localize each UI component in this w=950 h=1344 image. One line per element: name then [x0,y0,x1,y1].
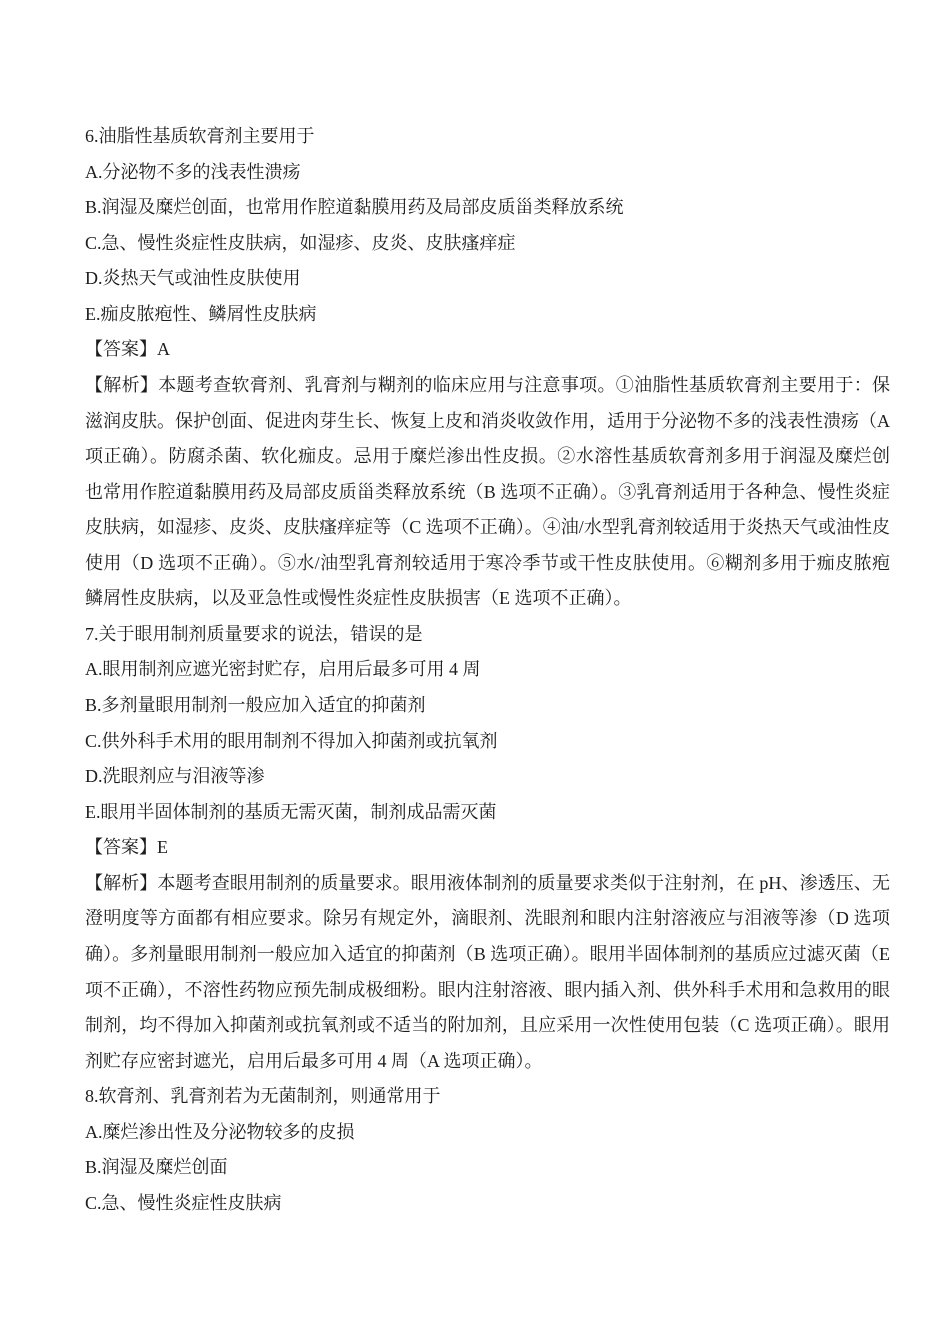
question-6-analysis-line-7: 鳞屑性皮肤病，以及亚急性或慢性炎症性皮肤损害（E 选项不正确）。 [85,581,890,617]
question-6-answer: 【答案】A [85,332,890,368]
question-7-analysis-line-1: 【解析】本题考查眼用制剂的质量要求。眼用液体制剂的质量要求类似于注射剂，在 pH… [85,866,890,902]
question-7-option-e: E.眼用半固体制剂的基质无需灭菌，制剂成品需灭菌 [85,795,890,831]
question-7-analysis-line-4: 项不正确），不溶性药物应预先制成极细粉。眼内注射溶液、眼内插入剂、供外科手术用和… [85,973,890,1009]
question-7-option-a: A.眼用制剂应遮光密封贮存，启用后最多可用 4 周 [85,652,890,688]
question-6-analysis-line-2: 滋润皮肤。保护创面、促进肉芽生长、恢复上皮和消炎收敛作用，适用于分泌物不多的浅表… [85,404,890,440]
question-6-stem: 6.油脂性基质软膏剂主要用于 [85,119,890,155]
question-6-option-b: B.润湿及糜烂创面，也常用作腔道黏膜用药及局部皮质甾类释放系统 [85,190,890,226]
question-7-analysis-line-6: 剂贮存应密封遮光，启用后最多可用 4 周（A 选项正确）。 [85,1044,890,1080]
question-6-option-c: C.急、慢性炎症性皮肤病，如湿疹、皮炎、皮肤瘙痒症 [85,226,890,262]
question-6-analysis-line-3: 项正确）。防腐杀菌、软化痂皮。忌用于糜烂渗出性皮损。②水溶性基质软膏剂多用于润湿… [85,439,890,475]
question-8-option-a: A.糜烂渗出性及分泌物较多的皮损 [85,1115,890,1151]
question-7-answer: 【答案】E [85,830,890,866]
question-8-option-b: B.润湿及糜烂创面 [85,1150,890,1186]
question-6-analysis-line-1: 【解析】本题考查软膏剂、乳膏剂与糊剂的临床应用与注意事项。①油脂性基质软膏剂主要… [85,368,890,404]
question-7-analysis-line-3: 确）。多剂量眼用制剂一般应加入适宜的抑菌剂（B 选项正确）。眼用半固体制剂的基质… [85,937,890,973]
question-block-8: 8.软膏剂、乳膏剂若为无菌制剂，则通常用于 A.糜烂渗出性及分泌物较多的皮损 B… [85,1079,890,1221]
question-block-6: 6.油脂性基质软膏剂主要用于 A.分泌物不多的浅表性溃疡 B.润湿及糜烂创面，也… [85,119,890,617]
question-6-option-a: A.分泌物不多的浅表性溃疡 [85,155,890,191]
question-7-option-c: C.供外科手术用的眼用制剂不得加入抑菌剂或抗氧剂 [85,724,890,760]
question-block-7: 7.关于眼用制剂质量要求的说法，错误的是 A.眼用制剂应遮光密封贮存，启用后最多… [85,617,890,1079]
question-7-analysis-line-5: 制剂，均不得加入抑菌剂或抗氧剂或不适当的附加剂，且应采用一次性使用包装（C 选项… [85,1008,890,1044]
question-8-option-c: C.急、慢性炎症性皮肤病 [85,1186,890,1222]
question-7-option-d: D.洗眼剂应与泪液等渗 [85,759,890,795]
question-6-option-e: E.痂皮脓疱性、鳞屑性皮肤病 [85,297,890,333]
question-6-analysis-line-4: 也常用作腔道黏膜用药及局部皮质甾类释放系统（B 选项不正确）。③乳膏剂适用于各种… [85,475,890,511]
question-7-analysis-line-2: 澄明度等方面都有相应要求。除另有规定外，滴眼剂、洗眼剂和眼内注射溶液应与泪液等渗… [85,901,890,937]
question-6-analysis-line-5: 皮肤病，如湿疹、皮炎、皮肤瘙痒症等（C 选项不正确）。④油/水型乳膏剂较适用于炎… [85,510,890,546]
question-7-option-b: B.多剂量眼用制剂一般应加入适宜的抑菌剂 [85,688,890,724]
document-page: 6.油脂性基质软膏剂主要用于 A.分泌物不多的浅表性溃疡 B.润湿及糜烂创面，也… [0,0,950,1344]
question-8-stem: 8.软膏剂、乳膏剂若为无菌制剂，则通常用于 [85,1079,890,1115]
question-7-stem: 7.关于眼用制剂质量要求的说法，错误的是 [85,617,890,653]
question-6-analysis-line-6: 使用（D 选项不正确）。⑤水/油型乳膏剂较适用于寒冷季节或干性皮肤使用。⑥糊剂多… [85,546,890,582]
question-6-option-d: D.炎热天气或油性皮肤使用 [85,261,890,297]
